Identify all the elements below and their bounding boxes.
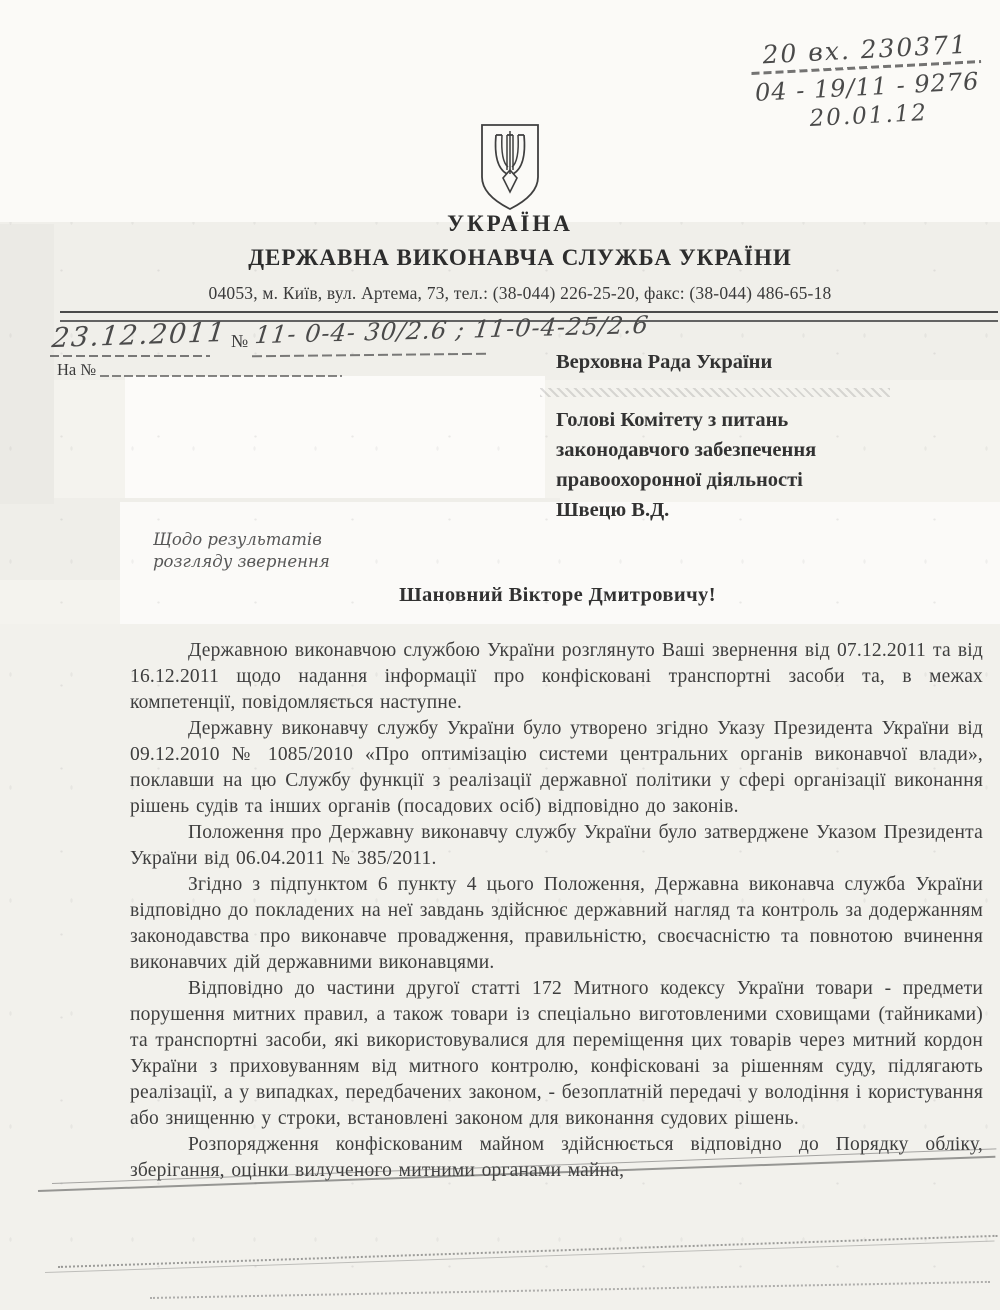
- organization-address: 04053, м. Київ, вул. Артема, 73, тел.: (…: [0, 283, 1000, 304]
- reply-to-number-line: [100, 375, 342, 377]
- addressee-block: Верховна Рада України Голові Комітету з …: [556, 347, 916, 525]
- body-paragraph-5: Відповідно до частини другої статті 172 …: [130, 976, 983, 1132]
- country-name: УКРАЇНА: [0, 211, 1000, 237]
- addressee-person-name: Швецю В.Д.: [556, 495, 916, 525]
- subject-block: Щодо результатів розгляду звернення: [153, 529, 330, 573]
- scanned-letter-page: 20 вх. 230371 04 - 19/11 - 9276 20.01.12…: [0, 0, 1000, 1310]
- scan-wavy-artifact: [540, 388, 890, 397]
- reply-to-number-label: На №: [57, 360, 96, 380]
- body-paragraph-3: Положення про Державну виконавчу службу …: [130, 820, 983, 872]
- addressee-position-line-1: Голові Комітету з питань: [556, 405, 916, 435]
- addressee-organization: Верховна Рада України: [556, 347, 916, 377]
- addressee-position-line-2: законодавчого забезпечення: [556, 435, 916, 465]
- handwritten-registration-note: 20 вх. 230371 04 - 19/11 - 9276 20.01.12: [750, 28, 985, 137]
- subject-line-2: розгляду звернення: [153, 551, 330, 573]
- body-paragraph-2: Державну виконавчу службу України було у…: [130, 716, 983, 820]
- date-underline: [50, 355, 210, 357]
- organization-name: ДЕРЖАВНА ВИКОНАВЧА СЛУЖБА УКРАЇНИ: [0, 245, 1000, 271]
- addressee-position-line-3: правоохоронної діяльності: [556, 465, 916, 495]
- salutation: Шановний Вікторе Дмитровичу!: [130, 584, 985, 607]
- number-sign-label: №: [231, 331, 248, 352]
- letter-body: Державною виконавчою службою України роз…: [130, 638, 983, 1184]
- body-paragraph-1: Державною виконавчою службою України роз…: [130, 638, 983, 716]
- trident-emblem-icon: [477, 122, 543, 214]
- body-paragraph-4: Згідно з підпунктом 6 пункту 4 цього Пол…: [130, 872, 983, 976]
- subject-line-1: Щодо результатів: [153, 529, 330, 551]
- handwritten-letter-date: 23.12.2011: [50, 317, 228, 354]
